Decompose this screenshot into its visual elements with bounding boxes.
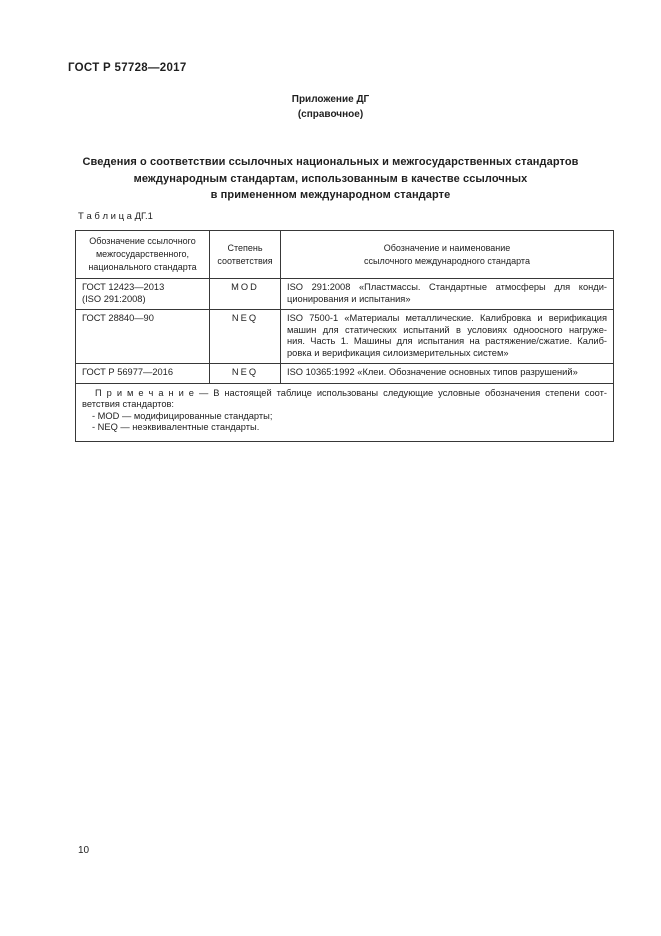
correspondence-table: Обозначение ссылочногомежгосударственног… bbox=[75, 230, 614, 442]
international-standard-cell: ISO 7500-1 «Материалы металлические. Кал… bbox=[281, 310, 614, 364]
doc-number: ГОСТ Р 57728—2017 bbox=[68, 62, 187, 74]
column-header: Обозначение ссылочногомежгосударственног… bbox=[76, 231, 210, 279]
table-row: ГОСТ 12423—2013(ISO 291:2008)MODISO 291:… bbox=[76, 279, 614, 310]
text-line: национального стандарта bbox=[78, 261, 207, 274]
appendix-heading: Приложение ДГ (справочное) bbox=[0, 92, 661, 122]
section-title: Сведения о соответствии ссылочных национ… bbox=[0, 154, 661, 204]
table-row: ГОСТ 28840—90NEQISO 7500-1 «Материалы ме… bbox=[76, 310, 614, 364]
degree-cell: NEQ bbox=[210, 364, 281, 384]
page-number: 10 bbox=[78, 845, 89, 856]
international-standard-cell: ISO 10365:1992 «Клеи. Обозначение основн… bbox=[281, 364, 614, 384]
text-line: Обозначение и наименование bbox=[283, 242, 611, 255]
table-label: Т а б л и ц а ДГ.1 bbox=[78, 211, 153, 222]
text-line: ISO 10365:1992 «Клеи. Обозначение основн… bbox=[287, 367, 607, 379]
appendix-subtitle: (справочное) bbox=[0, 107, 661, 122]
text-line: ровка и верификация силоизмерительных си… bbox=[287, 348, 607, 360]
text-line: машин для статических испытаний в услови… bbox=[287, 325, 607, 337]
text-line: Обозначение ссылочного bbox=[78, 235, 207, 248]
text-line: ционирования и испытания» bbox=[287, 294, 607, 306]
table-header-row: Обозначение ссылочногомежгосударственног… bbox=[76, 231, 614, 279]
note-row: П р и м е ч а н и е — В настоящей таблиц… bbox=[76, 383, 614, 441]
text-line: ISO 7500-1 «Материалы металлические. Кал… bbox=[287, 313, 607, 325]
text-line: ГОСТ 12423—2013 bbox=[82, 282, 205, 294]
text-line: ISO 291:2008 «Пластмассы. Стандартные ат… bbox=[287, 282, 607, 294]
text-line: в примененном международном стандарте bbox=[0, 187, 661, 204]
text-line: - NEQ — неэквивалентные стандарты. bbox=[92, 422, 607, 434]
table-row: ГОСТ Р 56977—2016NEQISO 10365:1992 «Клеи… bbox=[76, 364, 614, 384]
national-standard-cell: ГОСТ 12423—2013(ISO 291:2008) bbox=[76, 279, 210, 310]
degree-cell: MOD bbox=[210, 279, 281, 310]
text-line: международным стандартам, использованным… bbox=[0, 171, 661, 188]
text-line: ния. Часть 1. Машины для испытания на ра… bbox=[287, 336, 607, 348]
table-note: П р и м е ч а н и е — В настоящей таблиц… bbox=[76, 383, 614, 441]
column-header: Степеньсоответствия bbox=[210, 231, 281, 279]
text-line: соответствия bbox=[212, 255, 278, 268]
column-header: Обозначение и наименованиессылочного меж… bbox=[281, 231, 614, 279]
text-line: (ISO 291:2008) bbox=[82, 294, 205, 306]
text-line: ГОСТ 28840—90 bbox=[82, 313, 205, 325]
text-line: Степень bbox=[212, 242, 278, 255]
text-line: - MOD — модифицированные стандарты; bbox=[92, 411, 607, 423]
text-line: ГОСТ Р 56977—2016 bbox=[82, 367, 205, 379]
national-standard-cell: ГОСТ Р 56977—2016 bbox=[76, 364, 210, 384]
text-line: ссылочного международного стандарта bbox=[283, 255, 611, 268]
text-line: ветствия стандартов: bbox=[82, 399, 607, 411]
appendix-title: Приложение ДГ bbox=[0, 92, 661, 107]
degree-cell: NEQ bbox=[210, 310, 281, 364]
international-standard-cell: ISO 291:2008 «Пластмассы. Стандартные ат… bbox=[281, 279, 614, 310]
national-standard-cell: ГОСТ 28840—90 bbox=[76, 310, 210, 364]
document-page: ГОСТ Р 57728—2017 Приложение ДГ (справоч… bbox=[0, 0, 661, 936]
text-line: П р и м е ч а н и е — В настоящей таблиц… bbox=[82, 388, 607, 400]
text-line: межгосударственного, bbox=[78, 248, 207, 261]
text-line: Сведения о соответствии ссылочных национ… bbox=[0, 154, 661, 171]
